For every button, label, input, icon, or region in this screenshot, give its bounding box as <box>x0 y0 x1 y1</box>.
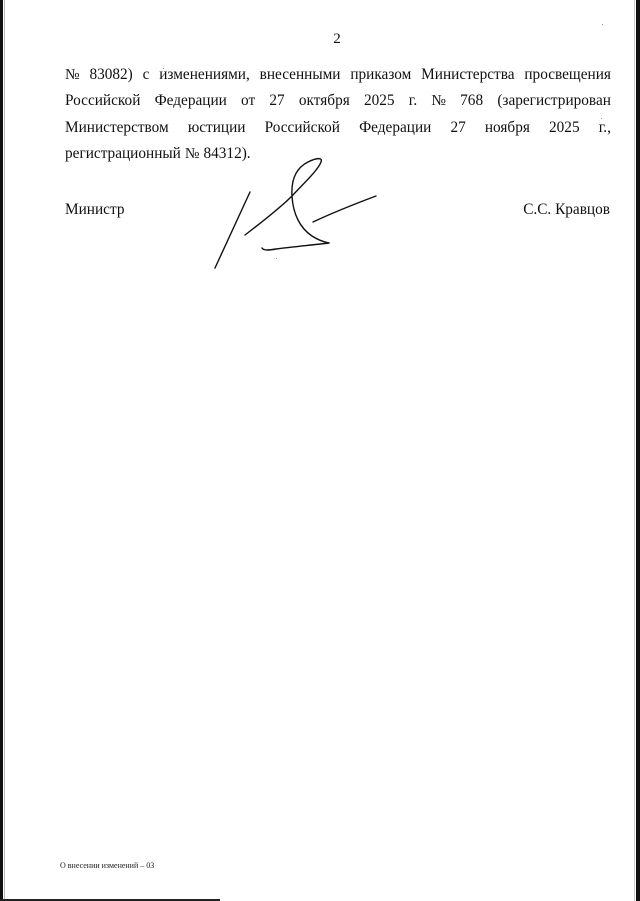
body-word: № <box>431 88 446 114</box>
body-word: Министерством <box>65 115 169 141</box>
body-word: приказом <box>350 62 411 88</box>
scan-border-left <box>0 0 3 901</box>
body-word: с <box>143 62 150 88</box>
scan-border-right-shadow <box>634 0 635 901</box>
body-word: просвещения <box>524 62 611 88</box>
body-word: 27 <box>269 88 284 114</box>
page-number: 2 <box>0 31 640 48</box>
body-word: 2025 <box>549 115 580 141</box>
body-word: внесенными <box>260 62 341 88</box>
body-word: октября <box>299 88 350 114</box>
body-word: ноября <box>485 115 530 141</box>
body-word: Министерства <box>421 62 514 88</box>
body-word: г. <box>409 88 417 114</box>
body-word: 2025 <box>364 88 395 114</box>
body-word: Российской <box>65 88 140 114</box>
body-word: (зарегистрирован <box>497 88 611 114</box>
scan-border-left-shadow <box>4 0 5 901</box>
body-word: изменениями, <box>159 62 250 88</box>
scan-speck <box>601 118 602 119</box>
body-word: № <box>185 141 200 167</box>
body-word: 83082) <box>89 62 132 88</box>
signature-icon <box>200 150 390 280</box>
scan-speck <box>276 258 277 259</box>
signer-name: С.С. Кравцов <box>523 201 610 219</box>
body-word: Федерации <box>155 88 227 114</box>
body-line: РоссийскойФедерацииот27октября2025г.№768… <box>65 88 611 114</box>
body-word: № <box>65 62 80 88</box>
body-word: юстиции <box>188 115 246 141</box>
signer-title: Министр <box>65 201 124 219</box>
scan-speck <box>602 24 603 25</box>
body-line: МинистерствомюстицииРоссийскойФедерации2… <box>65 115 611 141</box>
scan-border-right <box>636 0 640 901</box>
body-word: Российской <box>265 115 340 141</box>
body-word: регистрационный <box>65 141 181 167</box>
body-word: 27 <box>450 115 465 141</box>
body-word: от <box>241 88 255 114</box>
body-word: 768 <box>460 88 483 114</box>
scan-speck <box>163 68 164 69</box>
body-word: Федерации <box>359 115 431 141</box>
footer-note: О внесении изменений – 03 <box>60 861 154 870</box>
body-line: №83082)сизменениями,внесеннымиприказомМи… <box>65 62 611 88</box>
